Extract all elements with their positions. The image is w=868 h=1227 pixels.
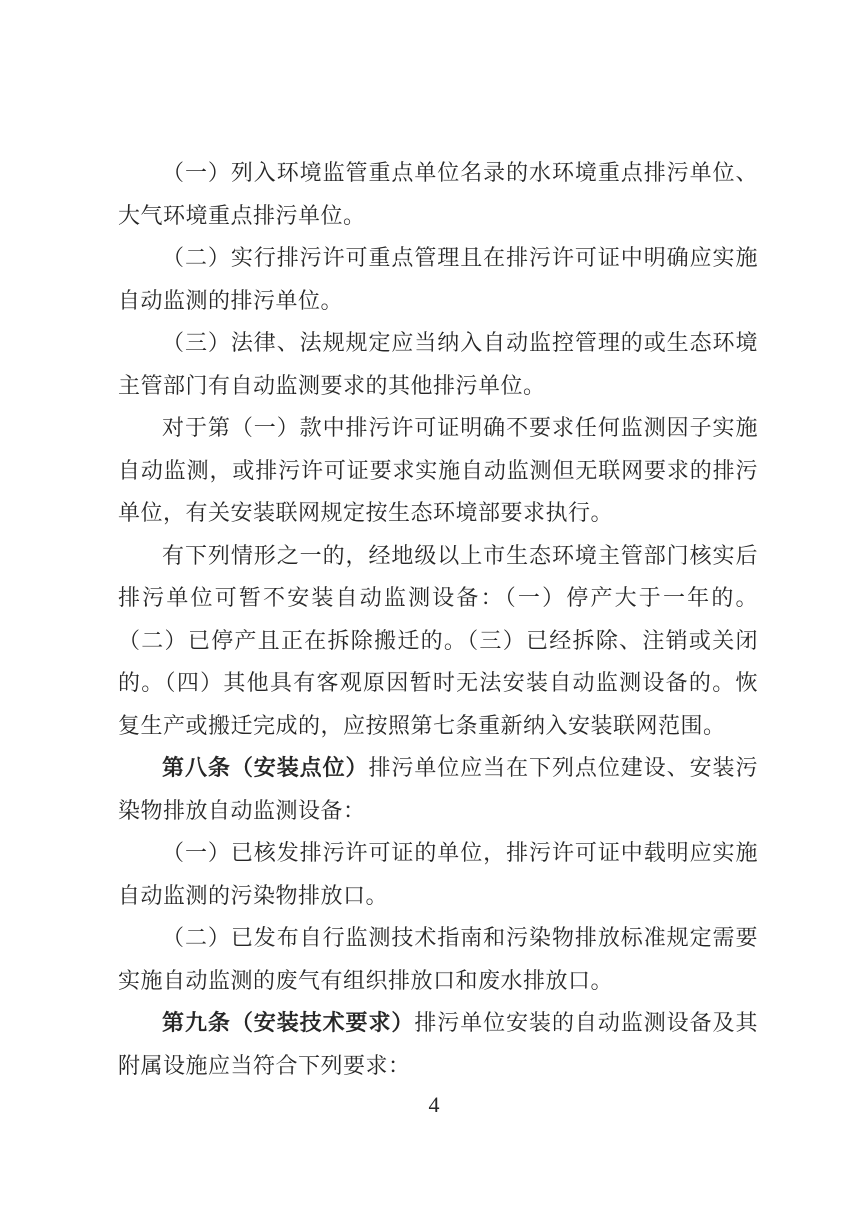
document-body: （一）列入环境监管重点单位名录的水环境重点排污单位、大气环境重点排污单位。（二）… (118, 152, 758, 1087)
article-heading: 第八条（安装点位） (162, 755, 368, 780)
page-number: 4 (0, 1088, 868, 1122)
article-heading: 第九条（安装技术要求） (162, 1010, 414, 1035)
paragraph: 对于第（一）款中排污许可证明确不要求任何监测因子实施自动监测，或排污许可证要求实… (118, 407, 758, 535)
paragraph: （三）法律、法规规定应当纳入自动监控管理的或生态环境主管部门有自动监测要求的其他… (118, 322, 758, 407)
paragraph: （二）已发布自行监测技术指南和污染物排放标准规定需要实施自动监测的废气有组织排放… (118, 917, 758, 1002)
paragraph: 有下列情形之一的，经地级以上市生态环境主管部门核实后排污单位可暂不安装自动监测设… (118, 535, 758, 748)
paragraph: （一）已核发排污许可证的单位，排污许可证中载明应实施自动监测的污染物排放口。 (118, 832, 758, 917)
document-page: （一）列入环境监管重点单位名录的水环境重点排污单位、大气环境重点排污单位。（二）… (0, 0, 868, 1227)
paragraph: （一）列入环境监管重点单位名录的水环境重点排污单位、大气环境重点排污单位。 (118, 152, 758, 237)
article-paragraph: 第八条（安装点位）排污单位应当在下列点位建设、安装污染物排放自动监测设备： (118, 747, 758, 832)
article-paragraph: 第九条（安装技术要求）排污单位安装的自动监测设备及其附属设施应当符合下列要求： (118, 1002, 758, 1087)
paragraph: （二）实行排污许可重点管理且在排污许可证中明确应实施自动监测的排污单位。 (118, 237, 758, 322)
